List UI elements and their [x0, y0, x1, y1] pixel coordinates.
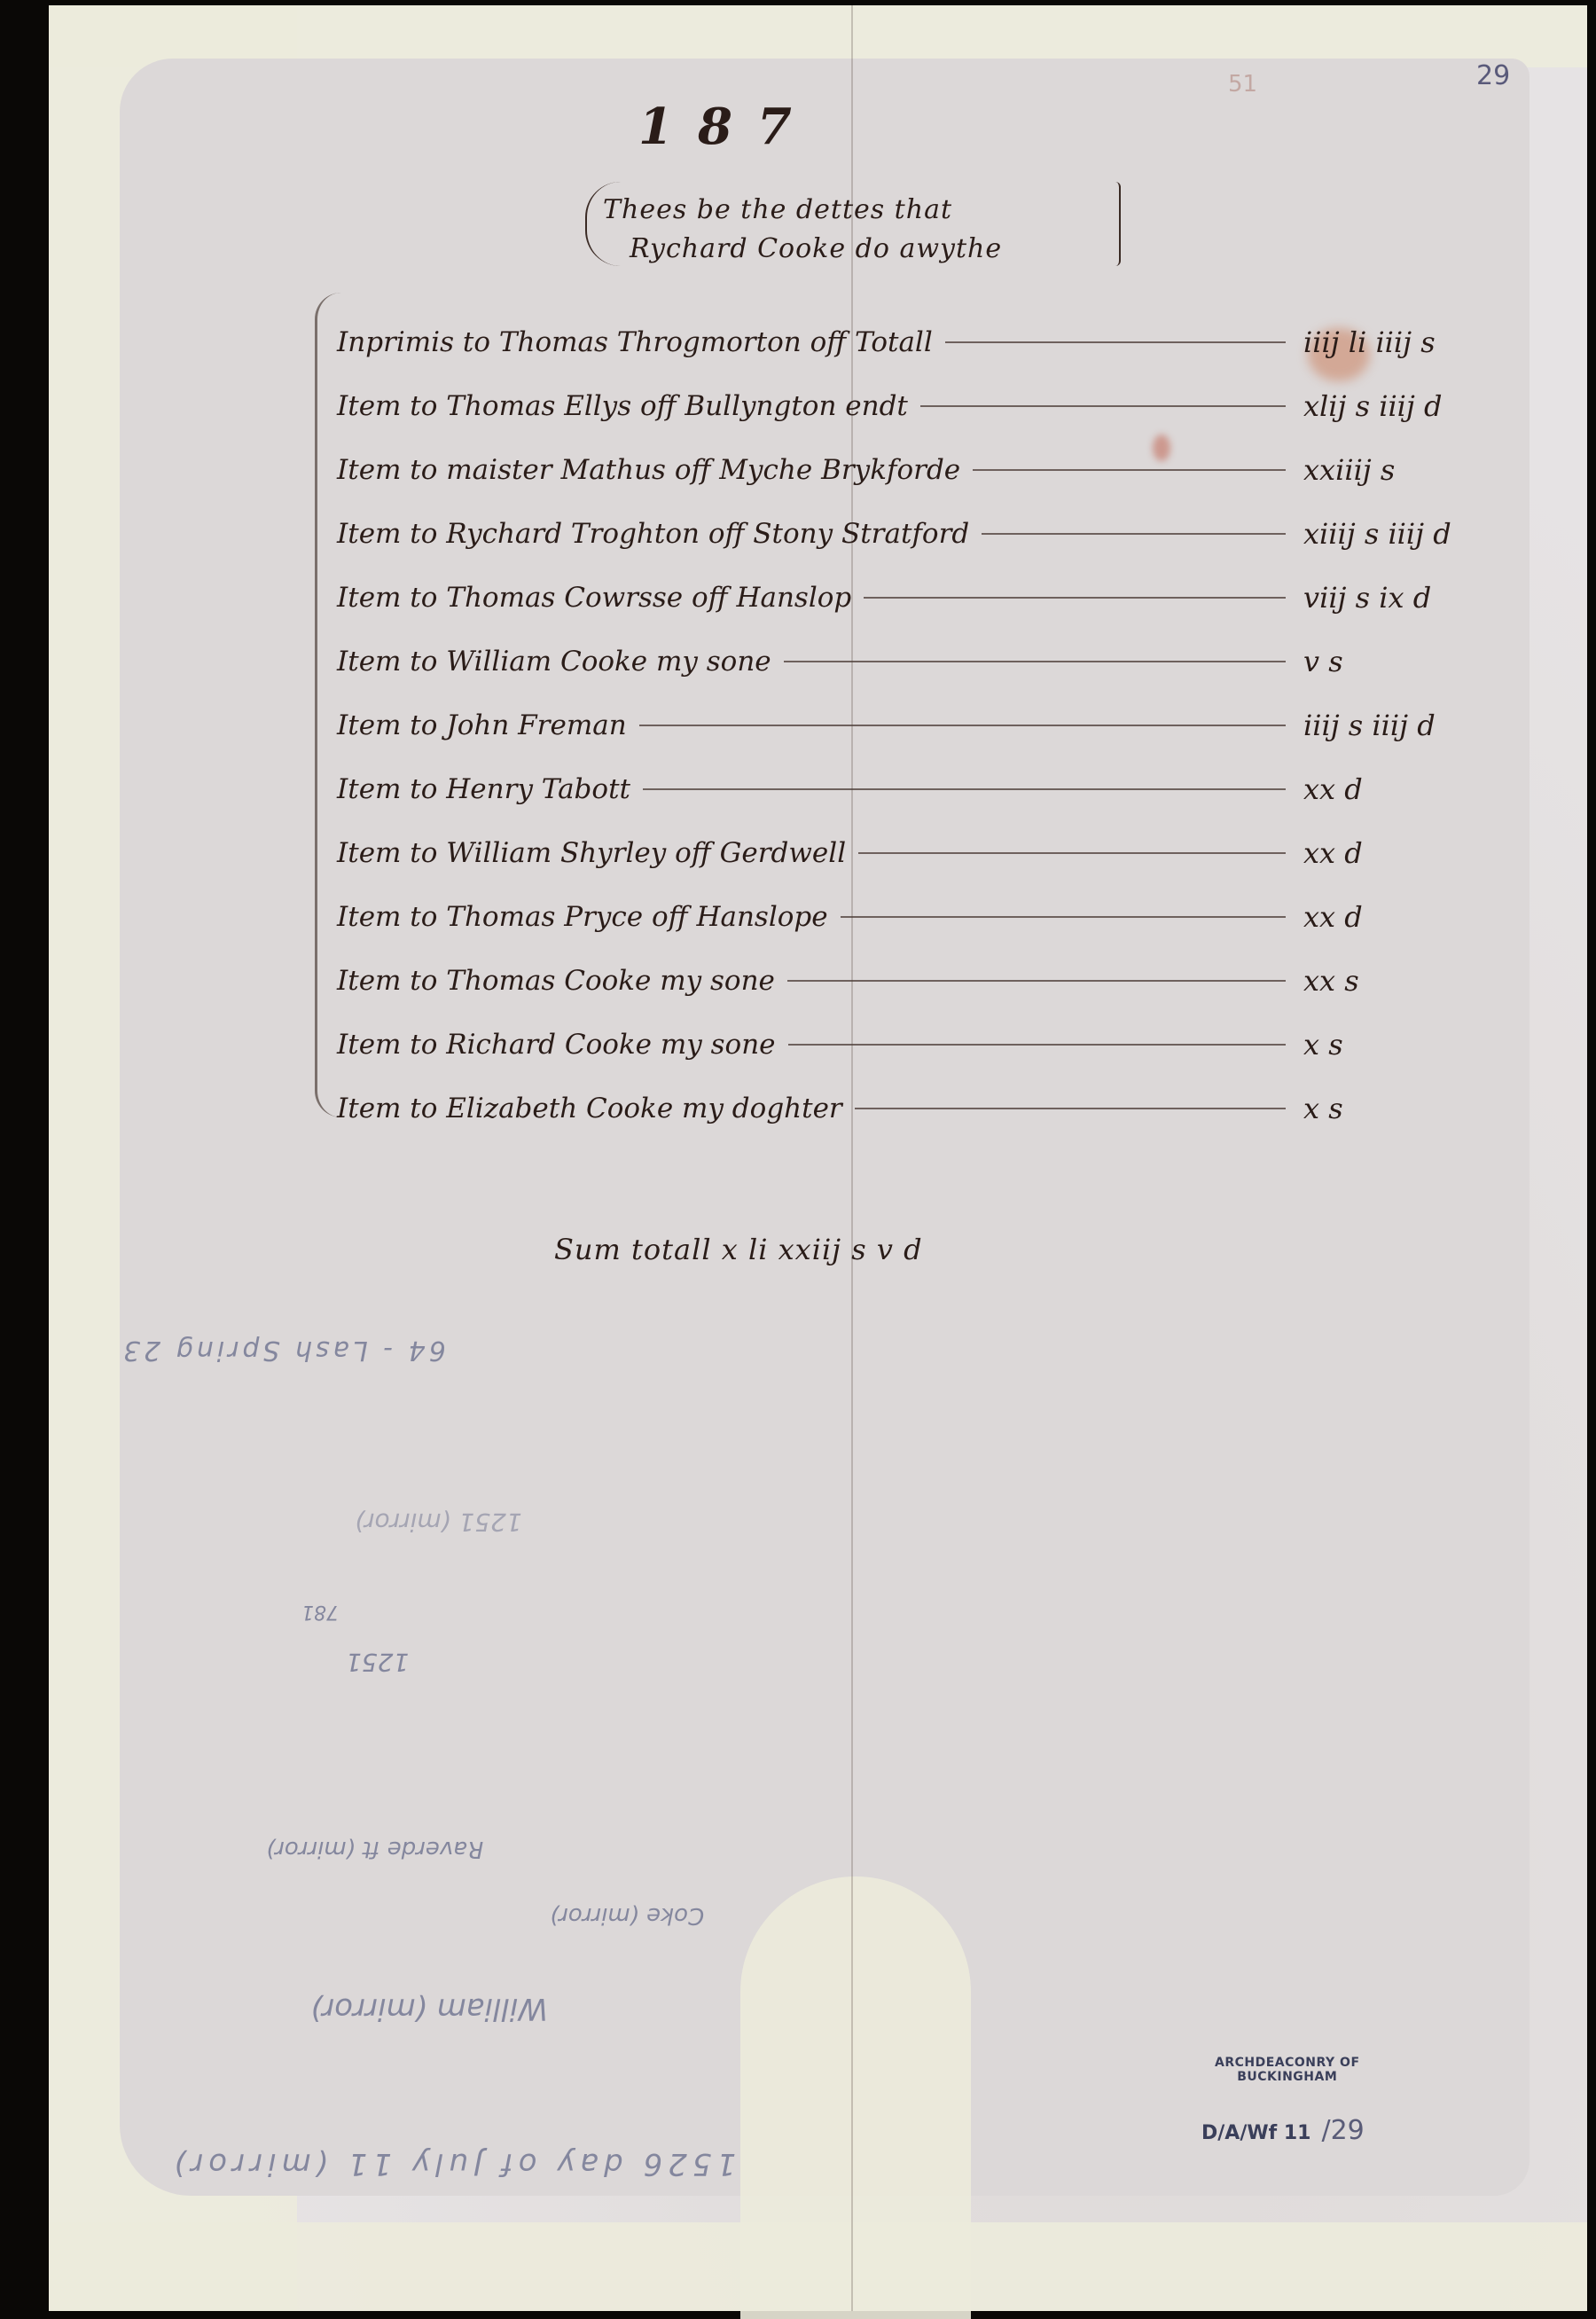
- leader-line: [643, 788, 1286, 790]
- sum-total: Sum totall x li xxiij s v d: [554, 1233, 923, 1266]
- leader-line: [973, 469, 1286, 471]
- entry-text: Item to Elizabeth Cooke my doghter: [337, 1093, 842, 1124]
- entry-amount: xx d: [1303, 900, 1490, 934]
- bleed-through-note: 1526 day of July 11 (mirror): [168, 2146, 736, 2182]
- bleed-through-note: 1251 (mirror): [355, 1508, 522, 1537]
- repair-patch-bottom: [740, 1876, 971, 2319]
- list-item: Item to Elizabeth Cooke my doghterx s: [337, 1077, 1490, 1140]
- bequest-list: Inprimis to Thomas Throgmorton off Total…: [337, 310, 1490, 1140]
- reference-number: /29: [1321, 2115, 1364, 2146]
- heading-line-1: Thees be the dettes that: [603, 191, 1002, 230]
- archive-stamp-line-1: ARCHDEACONRY OF: [1215, 2056, 1360, 2070]
- archive-stamp-line-2: BUCKINGHAM: [1215, 2070, 1360, 2084]
- archive-stamp: ARCHDEACONRY OF BUCKINGHAM: [1215, 2056, 1360, 2084]
- list-item: Item to Thomas Cowrsse off Hanslopviij s…: [337, 566, 1490, 630]
- list-item: Item to William Shyrley off Gerdwellxx d: [337, 821, 1490, 885]
- entry-amount: xxiiij s: [1303, 453, 1490, 487]
- entry-amount: v s: [1303, 645, 1490, 678]
- entry-text: Item to William Shyrley off Gerdwell: [337, 837, 846, 869]
- leader-line: [945, 341, 1286, 343]
- entry-amount: xlij s iiij d: [1303, 389, 1490, 423]
- leader-line: [841, 916, 1286, 918]
- leader-line: [858, 852, 1286, 854]
- leader-line: [787, 980, 1286, 982]
- entry-text: Item to maister Mathus off Myche Brykfor…: [337, 454, 960, 486]
- leader-line: [920, 405, 1286, 407]
- list-item: Item to Thomas Cooke my sonexx s: [337, 949, 1490, 1013]
- entry-text: Inprimis to Thomas Throgmorton off Total…: [337, 326, 933, 358]
- archive-reference: D/A/Wf 11/29: [1201, 2115, 1365, 2146]
- bleed-through-note: 781: [301, 1601, 339, 1623]
- leader-line: [788, 1044, 1286, 1046]
- reference-code: D/A/Wf 11: [1201, 2122, 1310, 2144]
- list-item: Item to maister Mathus off Myche Brykfor…: [337, 438, 1490, 502]
- leader-line: [982, 533, 1286, 535]
- leader-line: [639, 725, 1286, 726]
- folio-number: 29: [1476, 60, 1510, 91]
- entry-amount: xx d: [1303, 836, 1490, 870]
- leader-line: [864, 597, 1286, 599]
- item-number: 187: [638, 98, 817, 156]
- entry-amount: viij s ix d: [1303, 581, 1490, 615]
- entry-text: Item to Rychard Troghton off Stony Strat…: [337, 518, 969, 550]
- entry-text: Item to Thomas Cooke my sone: [337, 965, 775, 997]
- entry-text: Item to Thomas Cowrsse off Hanslop: [337, 582, 851, 614]
- list-item: Inprimis to Thomas Throgmorton off Total…: [337, 310, 1490, 374]
- document-heading: Thees be the dettes that Rychard Cooke d…: [603, 191, 1002, 269]
- leader-line: [855, 1108, 1286, 1109]
- bleed-through-note: Coke (mirror): [550, 1902, 704, 1929]
- list-item: Item to John Fremaniiij s iiij d: [337, 693, 1490, 757]
- bleed-through-note: 64 - Lash Spring 23: [120, 1335, 446, 1366]
- bleed-through-note: Raverde ft (mirror): [266, 1836, 483, 1862]
- list-item: Item to Henry Tabottxx d: [337, 757, 1490, 821]
- leader-line: [784, 661, 1286, 662]
- entry-amount: xiiij s iiij d: [1303, 517, 1490, 551]
- bleed-through-note: 1251: [346, 1648, 409, 1677]
- entry-text: Item to William Cooke my sone: [337, 646, 771, 678]
- entry-text: Item to Thomas Ellys off Bullyngton endt: [337, 390, 908, 422]
- heading-line-2: Rychard Cooke do awythe: [603, 230, 1002, 269]
- list-item: Item to Thomas Pryce off Hanslopexx d: [337, 885, 1490, 949]
- entry-amount: x s: [1303, 1028, 1490, 1062]
- list-item: Item to William Cooke my sonev s: [337, 630, 1490, 693]
- entry-amount: iiij li iiij s: [1303, 325, 1490, 359]
- entry-amount: x s: [1303, 1092, 1490, 1125]
- entry-text: Item to Henry Tabott: [337, 773, 630, 805]
- entry-text: Item to Thomas Pryce off Hanslope: [337, 901, 828, 933]
- list-item: Item to Thomas Ellys off Bullyngton endt…: [337, 374, 1490, 438]
- entry-text: Item to John Freman: [337, 709, 627, 741]
- entry-amount: xx d: [1303, 772, 1490, 806]
- entry-amount: xx s: [1303, 964, 1490, 998]
- entry-amount: iiij s iiij d: [1303, 709, 1490, 742]
- entry-text: Item to Richard Cooke my sone: [337, 1029, 776, 1061]
- list-item: Item to Richard Cooke my sonex s: [337, 1013, 1490, 1077]
- faint-folio-mark: 51: [1228, 71, 1257, 98]
- bleed-through-note: William (mirror): [310, 1991, 548, 2026]
- list-item: Item to Rychard Troghton off Stony Strat…: [337, 502, 1490, 566]
